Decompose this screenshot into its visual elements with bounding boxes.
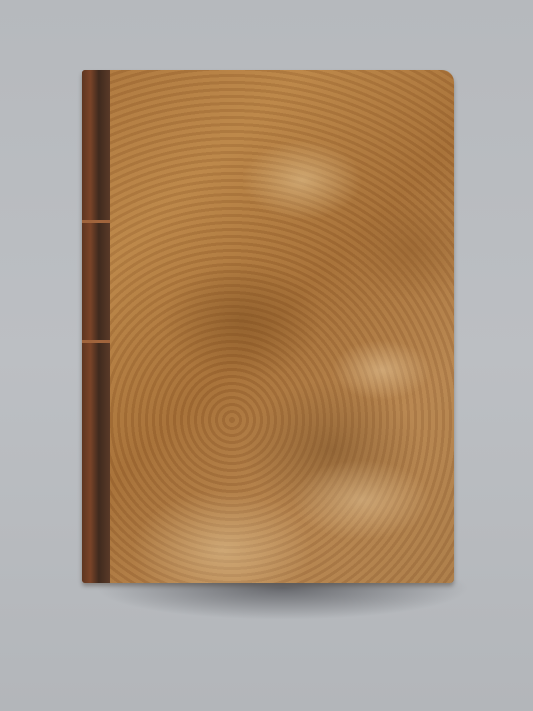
book-spine (82, 70, 110, 583)
book-cover (82, 70, 454, 583)
spine-band (82, 220, 110, 223)
spine-band (82, 340, 110, 343)
book-shadow (95, 580, 470, 620)
